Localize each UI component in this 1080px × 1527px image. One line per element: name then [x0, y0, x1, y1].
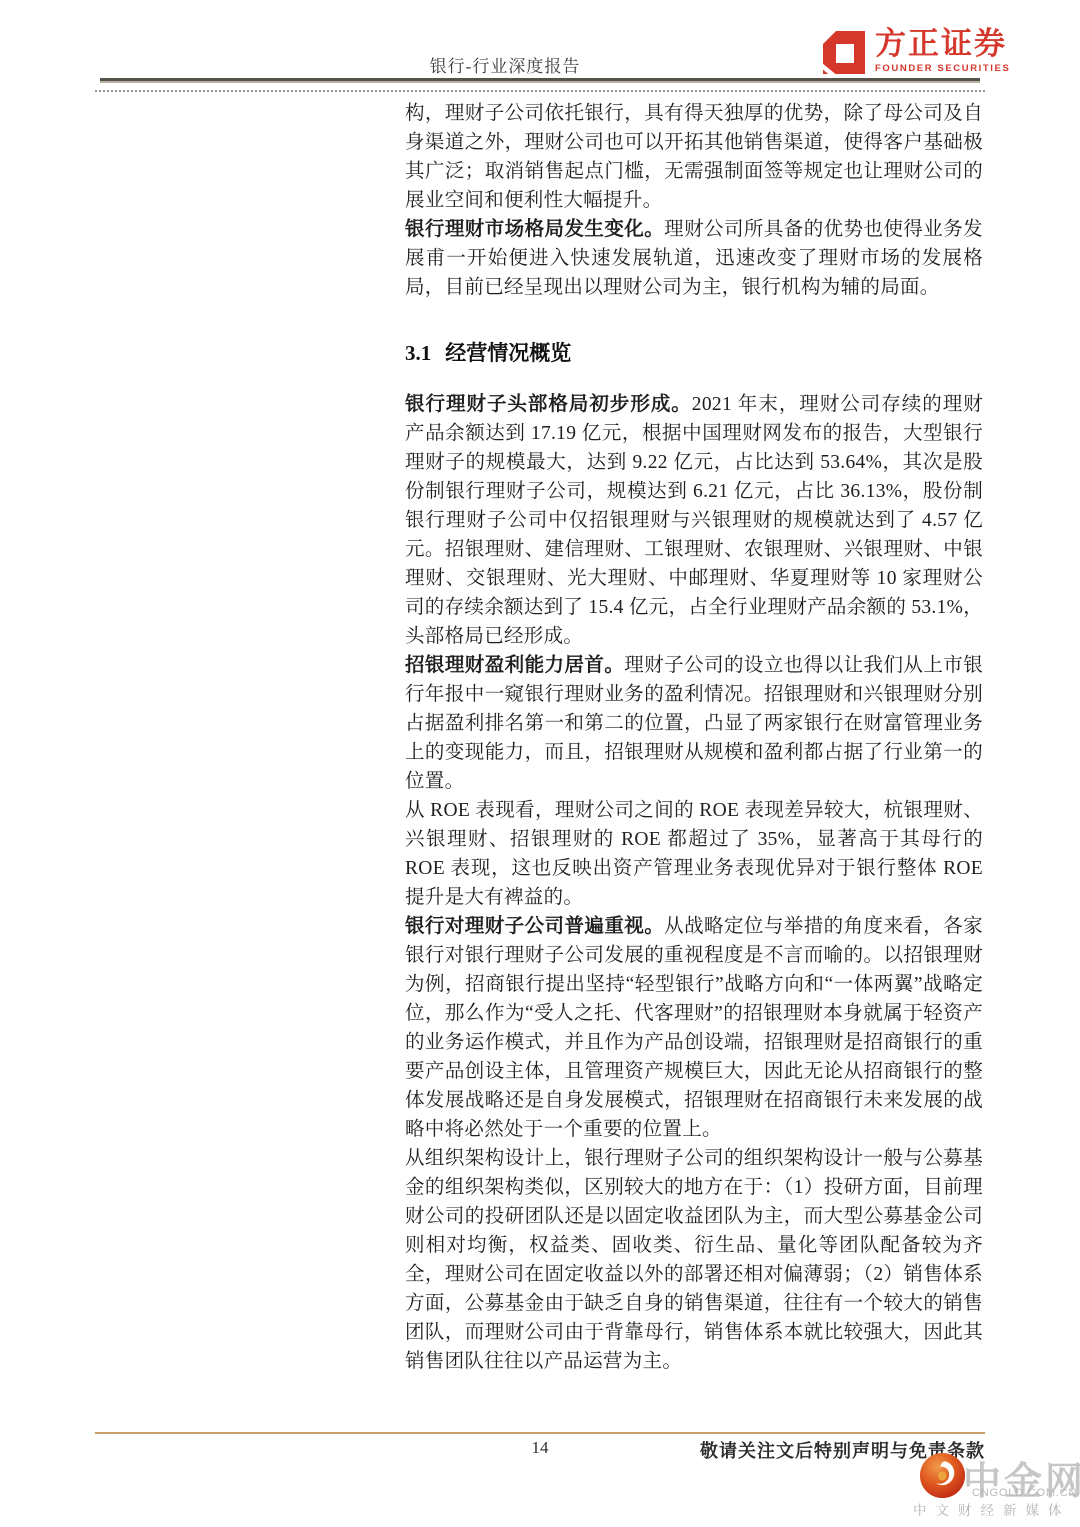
section-title: 经营情况概览 — [445, 341, 571, 365]
paragraph-lead: 银行理财市场格局发生变化。 — [405, 219, 664, 240]
paragraph-lead: 银行理财子头部格局初步形成。 — [405, 394, 692, 415]
section-number: 3.1 — [405, 341, 431, 365]
logo-name-en: FOUNDER SECURITIES — [875, 63, 1010, 74]
cngold-watermark-domain: CNGOLD.COM.CN — [972, 1487, 1077, 1499]
paragraph-text: 构，理财子公司依托银行，具有得天独厚的优势，除了母公司及自身渠道之外，理财公司也… — [405, 103, 983, 211]
section-heading: 3.1经营情况概览 — [405, 337, 983, 367]
paragraph-lead: 招银理财盈利能力居首。 — [405, 655, 624, 676]
paragraph-bank-attention: 银行对理财子公司普遍重视。从战略定位与举措的角度来看，各家银行对银行理财子公司发… — [405, 912, 983, 1144]
founder-securities-logo: 方正证券 FOUNDER SECURITIES — [818, 28, 1010, 78]
paragraph-head-pattern: 银行理财子头部格局初步形成。2021 年末，理财公司存续的理财产品余额达到 17… — [405, 390, 983, 651]
paragraph-text: 从 ROE 表现看，理财公司之间的 ROE 表现差异较大，杭银理财、兴银理财、招… — [405, 800, 983, 908]
paragraph-text: 2021 年末，理财公司存续的理财产品余额达到 17.19 亿元，根据中国理财网… — [405, 394, 983, 647]
paragraph-text: 从组织架构设计上，银行理财子公司的组织架构设计一般与公募基金的组织架构类似，区别… — [405, 1148, 983, 1372]
paragraph-market-shift: 银行理财市场格局发生变化。理财公司所具备的优势也使得业务发展甫一开始便进入快速发… — [405, 215, 983, 302]
paragraph-org-structure: 从组织架构设计上，银行理财子公司的组织架构设计一般与公募基金的组织架构类似，区别… — [405, 1144, 983, 1376]
paragraph-cmb-profit: 招银理财盈利能力居首。理财子公司的设立也得以让我们从上市银行年报中一窥银行理财业… — [405, 651, 983, 796]
paragraph-roe: 从 ROE 表现看，理财公司之间的 ROE 表现差异较大，杭银理财、兴银理财、招… — [405, 796, 983, 912]
logo-text-block: 方正证券 FOUNDER SECURITIES — [875, 28, 1010, 74]
founder-logo-icon — [818, 28, 868, 78]
cngold-watermark-tagline: 中文财经新媒体 — [913, 1499, 1071, 1519]
paragraph-lead: 银行对理财子公司普遍重视。 — [405, 916, 664, 937]
report-page: 银行-行业深度报告 方正证券 FOUNDER SECURITIES 构，理财子公… — [0, 0, 1080, 1527]
header-rule — [100, 78, 980, 83]
paragraph-continuation: 构，理财子公司依托银行，具有得天独厚的优势，除了母公司及自身渠道之外，理财公司也… — [405, 99, 983, 215]
paragraph-text: 从战略定位与举措的角度来看，各家银行对银行理财子公司发展的重视程度是不言而喻的。… — [405, 916, 983, 1140]
footer-rule — [95, 1432, 985, 1434]
report-body: 构，理财子公司依托银行，具有得天独厚的优势，除了母公司及自身渠道之外，理财公司也… — [405, 99, 983, 1376]
logo-name-cn: 方正证券 — [875, 28, 1010, 60]
header-dotted-rule — [95, 90, 985, 92]
cngold-logo-icon — [919, 1452, 966, 1499]
